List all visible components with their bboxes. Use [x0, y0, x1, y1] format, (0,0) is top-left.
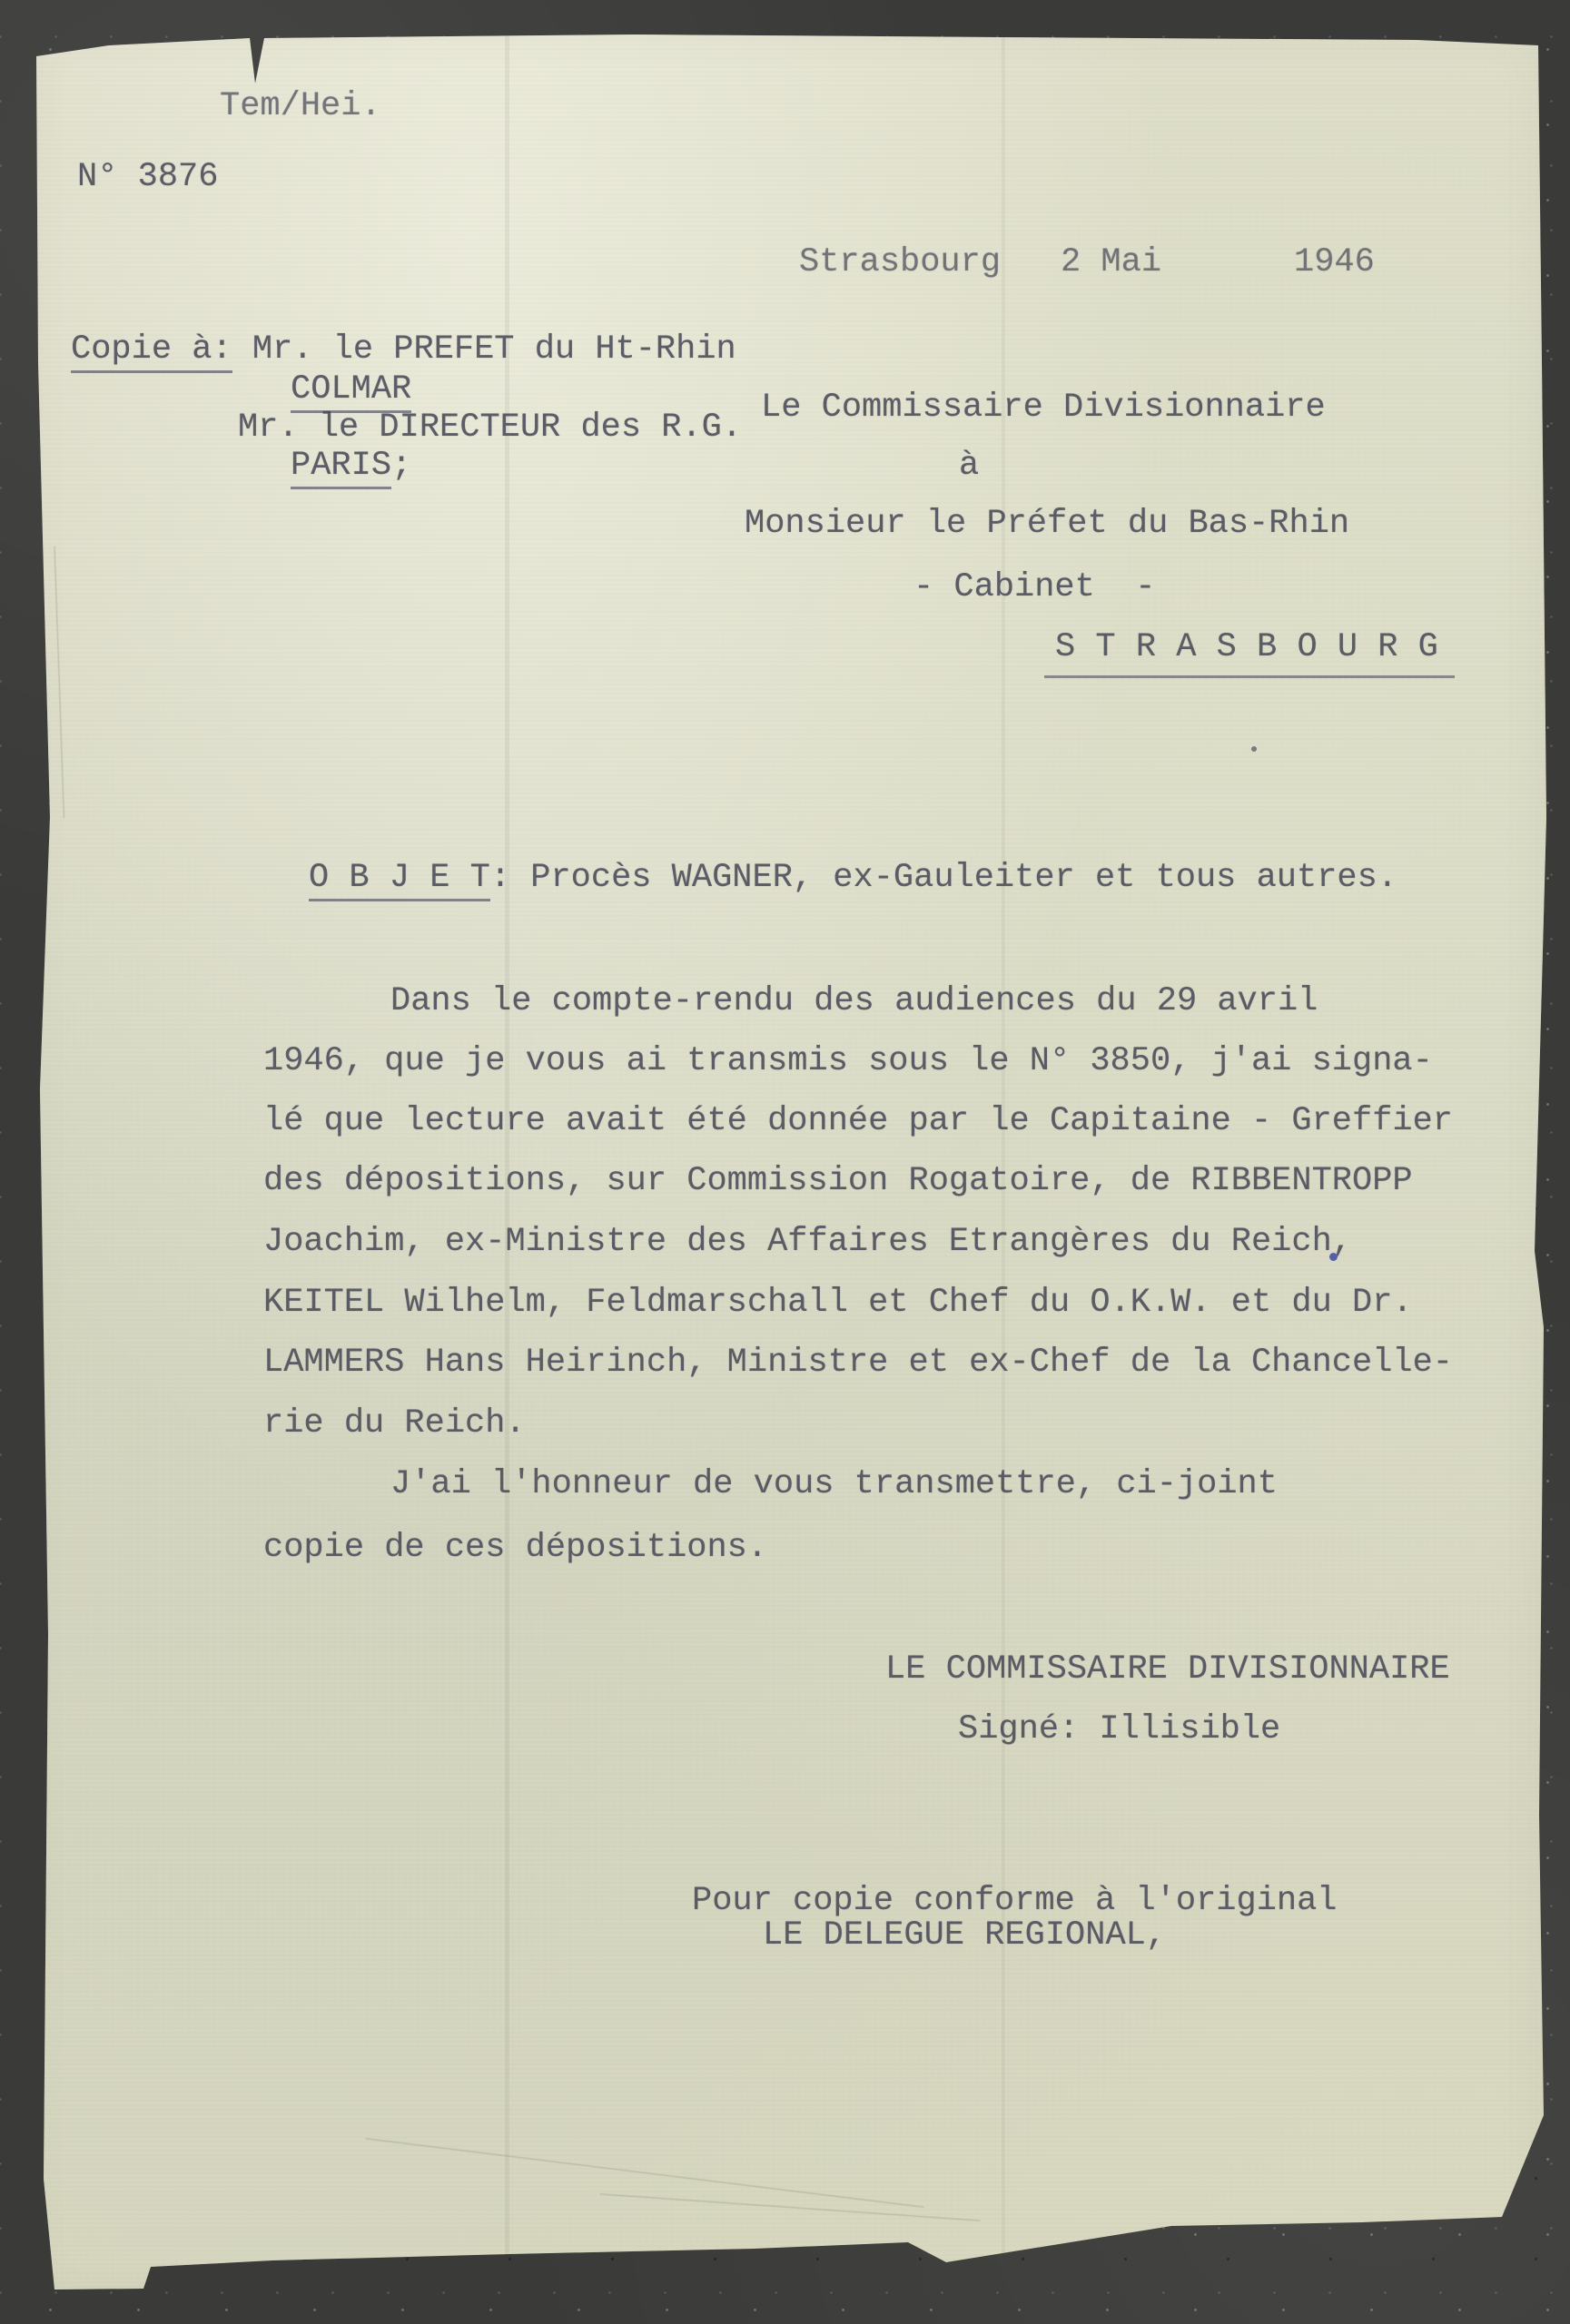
subject-line: O B J E T: Procès WAGNER, ex-Gauleiter e… [309, 859, 1397, 897]
copy-to-label: Copie à: [71, 330, 232, 373]
subject-text: : Procès WAGNER, ex-Gauleiter et tous au… [490, 859, 1397, 897]
body-line: Dans le compte-rendu des audiences du 29… [390, 982, 1318, 1020]
date-place: Strasbourg [799, 243, 1001, 281]
body-line: lé que lecture avait été donnée par le C… [263, 1102, 1453, 1140]
subject-label: O B J E T [309, 859, 490, 901]
body-line: des dépositions, sur Commission Rogatoir… [263, 1162, 1413, 1200]
body-line: LAMMERS Hans Heirinch, Ministre et ex-Ch… [263, 1344, 1453, 1382]
copy-to-punct: ; [391, 447, 411, 485]
date-year: 1946 [1294, 243, 1375, 281]
signature-signed: Signé: Illisible [958, 1710, 1280, 1748]
typist-reference: Tem/Hei. [220, 87, 381, 125]
paper-crease [54, 546, 65, 818]
signature-title: LE COMMISSAIRE DIVISIONNAIRE [885, 1650, 1450, 1689]
body-line: 1946, que je vous ai transmis sous le N°… [263, 1042, 1433, 1080]
addressee-office: - Cabinet - [913, 568, 1155, 606]
blue-ink-mark [1329, 1253, 1338, 1261]
copy-to-city2: PARIS [291, 447, 391, 489]
to-prefix: à [959, 447, 979, 485]
copy-to-recipient1-text: Mr. le PREFET du Ht-Rhin [252, 330, 736, 369]
body-line: Joachim, ex-Ministre des Affaires Etrang… [263, 1223, 1352, 1261]
body-line: copie de ces dépositions. [263, 1529, 767, 1567]
certification-line2: LE DELEGUE REGIONAL, [763, 1917, 1166, 1954]
addressee-city-underline [1044, 675, 1455, 678]
body-line: J'ai l'honneur de vous transmettre, ci-j… [390, 1465, 1278, 1503]
date-day-month: 2 Mai [1061, 243, 1161, 281]
addressee-name: Monsieur le Préfet du Bas-Rhin [745, 505, 1349, 543]
copy-to-line2: COLMAR [291, 370, 411, 409]
addressee-city: S T R A S B O U R G [1055, 628, 1438, 666]
copy-to-line1: Copie à: Mr. le PREFET du Ht-Rhin [71, 330, 736, 369]
body-line: KEITEL Wilhelm, Feldmarschall et Chef du… [263, 1284, 1413, 1322]
copy-to-recipient1 [232, 330, 252, 369]
copy-to-city1: COLMAR [291, 370, 411, 413]
sender-title: Le Commissaire Divisionnaire [761, 389, 1326, 427]
certification-line1: Pour copie conforme à l'original [692, 1883, 1338, 1919]
document-number: N° 3876 [77, 158, 218, 196]
copy-to-line4: PARIS; [291, 447, 411, 485]
paper-sheet: Tem/Hei. N° 3876 Strasbourg 2 Mai 1946 C… [0, 0, 1570, 2324]
scanned-letter-photo: Tem/Hei. N° 3876 Strasbourg 2 Mai 1946 C… [0, 0, 1570, 2324]
body-line: rie du Reich. [263, 1404, 526, 1443]
stray-ink-dot [1251, 746, 1257, 752]
copy-to-line3: Mr. le DIRECTEUR des R.G. [238, 409, 742, 447]
